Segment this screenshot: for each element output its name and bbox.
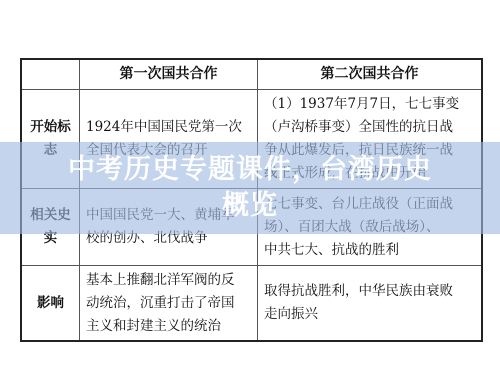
table-cell: 基本上推翻北洋军阀的反 动统治，沉重打击了帝国 主义和封建主义的统治 [80,266,257,340]
header-label: 第二次国共合作 [321,63,419,86]
header-first-cooperation: 第一次国共合作 [80,60,257,89]
title-line-2: 概览 [0,188,500,224]
cell-text: 取得抗战胜利，中华民族由衰败 走向振兴 [264,280,453,326]
header-second-cooperation: 第二次国共合作 [258,60,481,89]
row-label-impact: 影响 [37,292,64,315]
cell-text: 基本上推翻北洋军阀的反 动统治，沉重打击了帝国 主义和封建主义的统治 [86,269,235,338]
header-empty [22,60,79,89]
table-cell: 取得抗战胜利，中华民族由衰败 走向振兴 [258,266,481,340]
header-label: 第一次国共合作 [120,63,218,86]
title-line-1: 中考历史专题课件，台湾历史 [0,152,500,188]
table-row-label: 影响 [22,266,79,340]
overlay-title: 中考历史专题课件，台湾历史 概览 [0,152,500,224]
